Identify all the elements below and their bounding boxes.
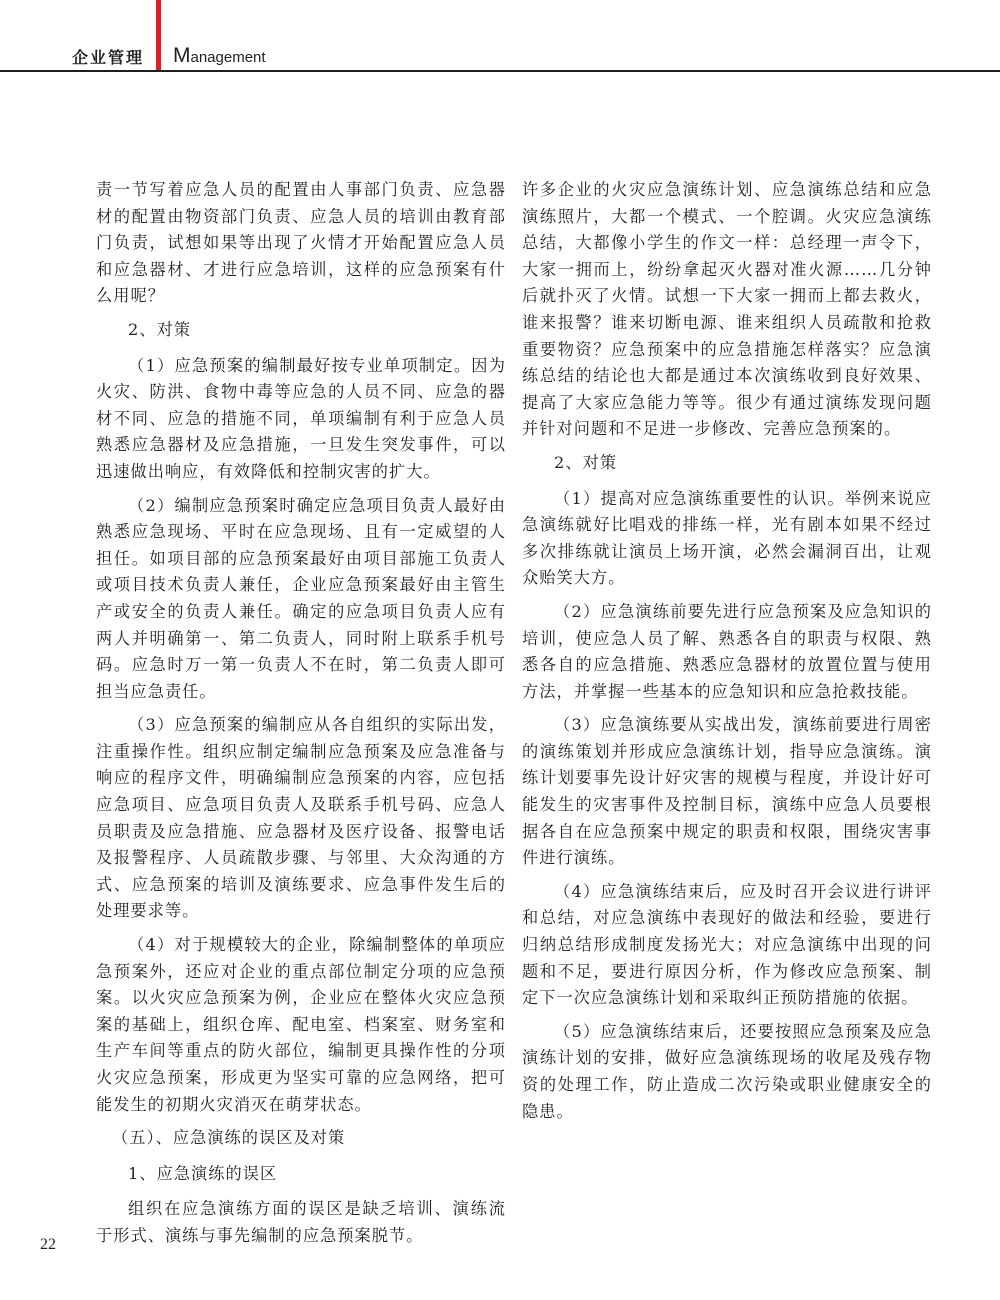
- section-title-en: Management: [173, 44, 266, 68]
- paragraph: （2）应急演练前要先进行应急预案及应急知识的培训，使应急人员了解、熟悉各自的职责…: [522, 599, 932, 705]
- paragraph: （4）对于规模较大的企业，除编制整体的单项应急预案外，还应对企业的重点部位制定分…: [96, 932, 506, 1118]
- section-title-cn: 企业管理: [72, 45, 144, 68]
- paragraph: （1）应急预案的编制最好按专业单项制定。因为火灾、防洪、食物中毒等应急的人员不同…: [96, 353, 506, 486]
- section-title-en-rest: anagement: [191, 49, 266, 66]
- subheading-countermeasures: 2、对策: [96, 317, 506, 344]
- right-column: 许多企业的火灾应急演练计划、应急演练总结和应急演练照片，大都一个模式、一个腔调。…: [522, 177, 932, 1132]
- paragraph-continued: 责一节写着应急人员的配置由人事部门负责、应急器材的配置由物资部门负责、应急人员的…: [96, 177, 506, 310]
- subheading-misconceptions: 1、应急演练的误区: [96, 1161, 506, 1188]
- header-accent-bar: [156, 0, 161, 72]
- page-number: 22: [40, 1236, 56, 1254]
- paragraph: （3）应急预案的编制应从各自组织的实际出发，注重操作性。组织应制定编制应急预案及…: [96, 712, 506, 925]
- left-column: 责一节写着应急人员的配置由人事部门负责、应急器材的配置由物资部门负责、应急人员的…: [96, 177, 506, 1257]
- paragraph: （2）编制应急预案时确定应急项目负责人最好由熟悉应急现场、平时在应急现场、且有一…: [96, 493, 506, 706]
- section-heading: （五）、应急演练的误区及对策: [96, 1125, 506, 1152]
- section-title-en-initial: M: [173, 44, 191, 67]
- subheading-countermeasures: 2、对策: [522, 450, 932, 477]
- paragraph: （5）应急演练结束后，还要按照应急预案及应急演练计划的安排，做好应急演练现场的收…: [522, 1019, 932, 1125]
- paragraph: （3）应急演练要从实战出发，演练前要进行周密的演练策划并形成应急演练计划，指导应…: [522, 712, 932, 872]
- paragraph: （4）应急演练结束后，应及时召开会议进行讲评和总结，对应急演练中表现好的做法和经…: [522, 879, 932, 1012]
- header-rule: [0, 70, 1000, 72]
- running-header: 企业管理 Management: [0, 0, 1000, 74]
- paragraph: 组织在应急演练方面的误区是缺乏培训、演练流于形式、演练与事先编制的应急预案脱节。: [96, 1196, 506, 1249]
- paragraph-continued: 许多企业的火灾应急演练计划、应急演练总结和应急演练照片，大都一个模式、一个腔调。…: [522, 177, 932, 443]
- paragraph: （1）提高对应急演练重要性的认识。举例来说应急演练就好比唱戏的排练一样，光有剧本…: [522, 486, 932, 592]
